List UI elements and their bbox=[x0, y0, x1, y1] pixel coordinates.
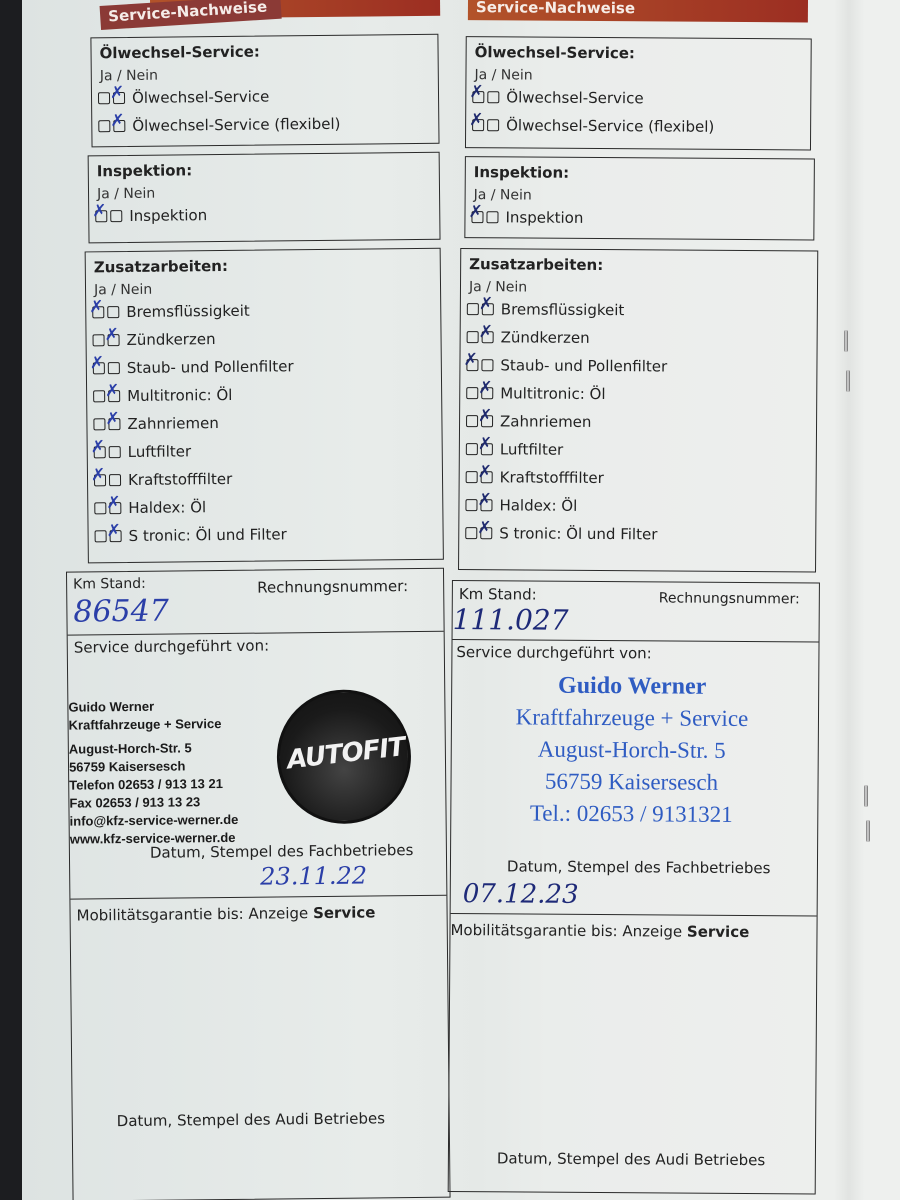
checklist-row: Haldex: Öl bbox=[94, 491, 442, 523]
checklist-row: Zündkerzen bbox=[92, 323, 440, 355]
inspection-section: Inspektion: Ja / Nein Inspektion bbox=[88, 152, 441, 244]
checklist-row: Bremsflüssigkeit bbox=[467, 295, 817, 325]
stamp-line: Guido Werner bbox=[482, 669, 782, 703]
checklist-label: Ölwechsel-Service bbox=[506, 88, 643, 107]
ja-nein-label: Ja / Nein bbox=[474, 67, 810, 85]
km-value: 111.027 bbox=[453, 603, 569, 637]
checkbox-ja[interactable] bbox=[98, 120, 110, 132]
checkbox-nein[interactable] bbox=[113, 120, 125, 132]
checkbox-nein[interactable] bbox=[481, 415, 493, 427]
mobility-guarantee-label: Mobilitätsgarantie bis: Anzeige Service bbox=[76, 903, 375, 924]
checkbox-ja[interactable] bbox=[93, 390, 105, 402]
checklist: Ölwechsel-ServiceÖlwechsel-Service (flex… bbox=[466, 83, 810, 141]
checkbox-ja[interactable] bbox=[471, 211, 483, 223]
checkbox-ja[interactable] bbox=[94, 446, 106, 458]
mobility-guarantee-label: Mobilitätsgarantie bis: Anzeige Service bbox=[450, 921, 749, 941]
checkbox-nein[interactable] bbox=[107, 306, 119, 318]
section-title: Zusatzarbeiten: bbox=[94, 255, 440, 277]
checklist-row: S tronic: Öl und Filter bbox=[94, 519, 442, 551]
mobility-bold-text: Service bbox=[313, 903, 376, 922]
stamp-line: Fax 02653 / 913 13 23 bbox=[69, 793, 238, 813]
checkbox-ja[interactable] bbox=[94, 474, 106, 486]
checklist-row: Ölwechsel-Service bbox=[98, 81, 438, 113]
workshop-stamp: Guido Werner Kraftfahrzeuge + Service Au… bbox=[68, 697, 238, 849]
divider bbox=[68, 631, 444, 636]
stamp-line: August-Horch-Str. 5 bbox=[69, 739, 238, 759]
checklist-label: Staub- und Pollenfilter bbox=[127, 357, 294, 377]
invoice-label: Rechnungsnummer: bbox=[659, 590, 800, 607]
checklist-row: Zündkerzen bbox=[467, 323, 817, 353]
date-value: 07.12.23 bbox=[463, 879, 579, 910]
checkbox-ja[interactable] bbox=[466, 387, 478, 399]
checklist-label: Zahnriemen bbox=[500, 412, 592, 431]
checklist-row: Staub- und Pollenfilter bbox=[93, 351, 441, 383]
checklist-label: Zündkerzen bbox=[126, 330, 215, 349]
checkbox-nein[interactable] bbox=[481, 387, 493, 399]
checklist-label: Staub- und Pollenfilter bbox=[500, 356, 667, 375]
stamp-line: August-Horch-Str. 5 bbox=[482, 733, 782, 767]
service-entry-2: Service-Nachweise Ölwechsel-Service: Ja … bbox=[456, 0, 828, 3]
checkbox-nein[interactable] bbox=[109, 446, 121, 458]
checklist-label: S tronic: Öl und Filter bbox=[129, 525, 287, 545]
checkbox-ja[interactable] bbox=[95, 210, 107, 222]
checkbox-ja[interactable] bbox=[94, 502, 106, 514]
audi-stamp-label: Datum, Stempel des Audi Betriebes bbox=[497, 1149, 765, 1169]
stamp-line: 56759 Kaisersesch bbox=[69, 757, 238, 777]
stamp-line: 56759 Kaisersesch bbox=[481, 765, 781, 799]
checkbox-nein[interactable] bbox=[110, 210, 122, 222]
checklist-row: Multitronic: Öl bbox=[466, 379, 816, 409]
checklist-label: Haldex: Öl bbox=[499, 496, 577, 515]
stamp-line: Telefon 02653 / 913 13 21 bbox=[69, 775, 238, 795]
checkbox-ja[interactable] bbox=[466, 359, 478, 371]
oil-change-section: Ölwechsel-Service: Ja / Nein Ölwechsel-S… bbox=[465, 36, 812, 150]
checkbox-ja[interactable] bbox=[472, 91, 484, 103]
checkbox-ja[interactable] bbox=[466, 443, 478, 455]
checkbox-ja[interactable] bbox=[93, 362, 105, 374]
section-title: Inspektion: bbox=[474, 163, 814, 183]
checkbox-nein[interactable] bbox=[487, 91, 499, 103]
staple bbox=[864, 785, 868, 807]
checklist: BremsflüssigkeitZündkerzenStaub- und Pol… bbox=[459, 295, 817, 549]
stamp-line: Kraftfahrzeuge + Service bbox=[69, 715, 238, 735]
checkbox-nein[interactable] bbox=[482, 303, 494, 315]
date-value: 23.11.22 bbox=[260, 862, 367, 891]
checkbox-nein[interactable] bbox=[482, 331, 494, 343]
checklist: Ölwechsel-ServiceÖlwechsel-Service (flex… bbox=[92, 81, 439, 141]
booklet-spine bbox=[834, 0, 864, 1200]
divider bbox=[451, 913, 817, 917]
oil-change-section: Ölwechsel-Service: Ja / Nein Ölwechsel-S… bbox=[90, 34, 439, 148]
divider bbox=[70, 895, 446, 900]
ja-nein-label: Ja / Nein bbox=[469, 279, 817, 297]
checklist-row: Luftfilter bbox=[466, 435, 816, 465]
checkbox-nein[interactable] bbox=[113, 92, 125, 104]
checklist-label: Kraftstofffilter bbox=[500, 468, 604, 487]
ja-nein-label: Ja / Nein bbox=[474, 187, 814, 205]
km-label: Km Stand: bbox=[73, 576, 146, 593]
checklist-label: S tronic: Öl und Filter bbox=[499, 524, 657, 543]
checklist-row: Haldex: Öl bbox=[465, 491, 815, 521]
section-title: Zusatzarbeiten: bbox=[469, 255, 817, 275]
workshop-stamp: Guido Werner Kraftfahrzeuge + Service Au… bbox=[481, 669, 782, 831]
checkbox-ja[interactable] bbox=[465, 527, 477, 539]
checkbox-ja[interactable] bbox=[466, 471, 478, 483]
checkbox-nein[interactable] bbox=[109, 502, 121, 514]
invoice-label: Rechnungsnummer: bbox=[257, 577, 408, 597]
checkbox-nein[interactable] bbox=[480, 499, 492, 511]
checkbox-nein[interactable] bbox=[108, 390, 120, 402]
checklist-label: Ölwechsel-Service (flexibel) bbox=[506, 116, 714, 135]
service-record-section: Km Stand: 111.027 Rechnungsnummer: Servi… bbox=[448, 580, 820, 1195]
checklist-row: Ölwechsel-Service (flexibel) bbox=[472, 111, 810, 141]
checklist: Inspektion bbox=[465, 203, 813, 233]
km-value: 86547 bbox=[73, 594, 169, 630]
checklist-label: Inspektion bbox=[129, 206, 207, 225]
checklist-label: Luftfilter bbox=[500, 440, 564, 458]
checkbox-nein[interactable] bbox=[110, 530, 122, 542]
section-title: Ölwechsel-Service: bbox=[475, 43, 811, 63]
performed-by-label: Service durchgeführt von: bbox=[74, 637, 269, 657]
checkbox-nein[interactable] bbox=[108, 418, 120, 430]
checklist-label: Luftfilter bbox=[128, 442, 192, 461]
additional-work-section: Zusatzarbeiten: Ja / Nein Bremsflüssigke… bbox=[458, 248, 818, 572]
staple bbox=[846, 370, 850, 392]
autofit-logo-text: AUTOFIT bbox=[285, 732, 408, 776]
checklist: Inspektion bbox=[89, 199, 439, 231]
additional-work-section: Zusatzarbeiten: Ja / Nein Bremsflüssigke… bbox=[85, 248, 444, 564]
checklist-label: Inspektion bbox=[505, 208, 583, 227]
divider bbox=[453, 639, 819, 643]
checkbox-ja[interactable] bbox=[467, 303, 479, 315]
checkbox-nein[interactable] bbox=[480, 527, 492, 539]
checklist-label: Ölwechsel-Service bbox=[132, 87, 269, 106]
section-header: Service-Nachweise bbox=[476, 0, 635, 17]
checklist-row: Inspektion bbox=[95, 199, 439, 231]
checklist-row: Zahnriemen bbox=[93, 407, 441, 439]
section-title: Inspektion: bbox=[97, 159, 439, 181]
checkbox-nein[interactable] bbox=[486, 211, 498, 223]
checklist-label: Kraftstofffilter bbox=[128, 470, 232, 489]
checklist-row: Ölwechsel-Service (flexibel) bbox=[98, 109, 438, 141]
checklist-label: Bremsflüssigkeit bbox=[126, 302, 250, 321]
checkbox-nein[interactable] bbox=[109, 474, 121, 486]
checkbox-ja[interactable] bbox=[93, 418, 105, 430]
stamp-line: Kraftfahrzeuge + Service bbox=[482, 701, 782, 735]
checkbox-ja[interactable] bbox=[466, 415, 478, 427]
mobility-bold-text: Service bbox=[687, 923, 749, 941]
checkbox-nein[interactable] bbox=[481, 359, 493, 371]
staple bbox=[844, 330, 848, 352]
staple bbox=[866, 820, 870, 842]
checkbox-ja[interactable] bbox=[92, 306, 104, 318]
stamp-line: Tel.: 02653 / 9131321 bbox=[481, 797, 781, 831]
section-title: Ölwechsel-Service: bbox=[99, 41, 437, 63]
date-stamp-label: Datum, Stempel des Fachbetriebes bbox=[150, 841, 414, 862]
service-record-section: Km Stand: 86547 Rechnungsnummer: Service… bbox=[66, 568, 451, 1200]
checklist-label: Multitronic: Öl bbox=[500, 384, 605, 403]
checkbox-ja[interactable] bbox=[467, 331, 479, 343]
km-label: Km Stand: bbox=[459, 585, 537, 604]
stamp-line: Guido Werner bbox=[68, 697, 237, 717]
mobility-text: Mobilitätsgarantie bis: Anzeige bbox=[450, 921, 682, 941]
checkbox-nein[interactable] bbox=[481, 443, 493, 455]
checklist-row: Zahnriemen bbox=[466, 407, 816, 437]
checkbox-ja[interactable] bbox=[95, 530, 107, 542]
checklist-label: Haldex: Öl bbox=[128, 498, 206, 517]
checkbox-nein[interactable] bbox=[108, 334, 120, 346]
checklist-row: Inspektion bbox=[471, 203, 813, 233]
checklist-label: Zündkerzen bbox=[501, 328, 590, 347]
checklist: BremsflüssigkeitZündkerzenStaub- und Pol… bbox=[86, 295, 443, 551]
checklist-row: Multitronic: Öl bbox=[93, 379, 441, 411]
checkbox-ja[interactable] bbox=[472, 119, 484, 131]
checklist-row: Ölwechsel-Service bbox=[472, 83, 810, 113]
mobility-text: Mobilitätsgarantie bis: Anzeige bbox=[76, 904, 308, 924]
date-stamp-label: Datum, Stempel des Fachbetriebes bbox=[507, 857, 771, 877]
checklist-row: Bremsflüssigkeit bbox=[92, 295, 440, 327]
checklist-label: Multitronic: Öl bbox=[127, 386, 232, 405]
checklist-label: Ölwechsel-Service (flexibel) bbox=[132, 115, 340, 135]
checkbox-ja[interactable] bbox=[93, 334, 105, 346]
checklist-label: Bremsflüssigkeit bbox=[501, 300, 625, 319]
checklist-row: Kraftstofffilter bbox=[466, 463, 816, 493]
checklist-row: Kraftstofffilter bbox=[94, 463, 442, 495]
checkbox-nein[interactable] bbox=[487, 119, 499, 131]
audi-stamp-label: Datum, Stempel des Audi Betriebes bbox=[117, 1109, 385, 1130]
stamp-line: info@kfz-service-werner.de bbox=[70, 811, 239, 831]
checklist-row: S tronic: Öl und Filter bbox=[465, 519, 815, 549]
checklist-label: Zahnriemen bbox=[127, 414, 219, 433]
autofit-logo-stamp: AUTOFIT bbox=[276, 689, 411, 824]
checkbox-ja[interactable] bbox=[98, 92, 110, 104]
performed-by-label: Service durchgeführt von: bbox=[456, 643, 651, 662]
checkbox-nein[interactable] bbox=[108, 362, 120, 374]
checkbox-ja[interactable] bbox=[465, 499, 477, 511]
checklist-row: Staub- und Pollenfilter bbox=[466, 351, 816, 381]
inspection-section: Inspektion: Ja / Nein Inspektion bbox=[464, 156, 815, 240]
checklist-row: Luftfilter bbox=[94, 435, 442, 467]
checkbox-nein[interactable] bbox=[481, 471, 493, 483]
